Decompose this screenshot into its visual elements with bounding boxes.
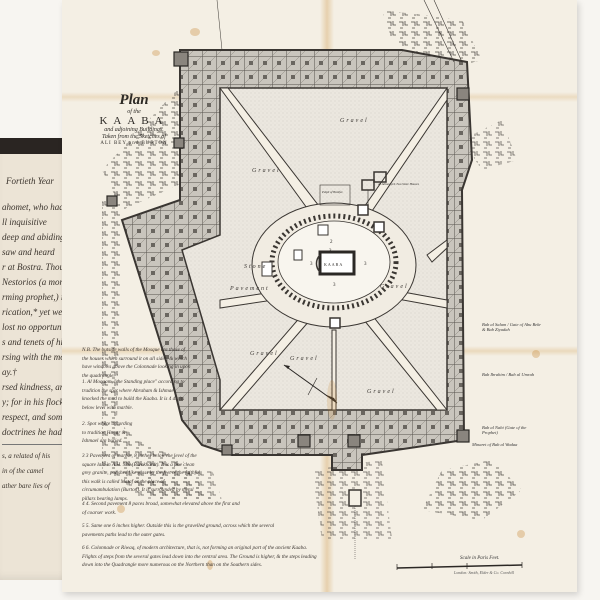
label-gravel: Gravel [250, 351, 279, 357]
note-2: 2. Spot where according to tradition Hag… [82, 420, 137, 446]
label-gravel: Gravel [380, 284, 409, 290]
map-sheet: Gravel Gravel Gravel Gravel Gravel Grave… [62, 0, 577, 592]
note-5: 5 5. Same one 6 inches higher. Outside t… [82, 522, 292, 539]
foxing-stain [517, 530, 525, 538]
callout-right: Minaret of Bab al Wadaa [472, 442, 522, 447]
map-title: Plan [74, 92, 194, 109]
label-gravel: Gravel [252, 168, 281, 174]
label-gravel: Gravel [290, 356, 319, 362]
note-nb: N.B. The outside walls of the Mosque are… [82, 346, 192, 380]
label-gravel: Gravel [367, 389, 396, 395]
note-1: 1. Al Moqaam, "the Standing place" accor… [82, 378, 192, 412]
running-header: Fortieth Year [6, 176, 54, 186]
label-pavement: Pavement [229, 286, 270, 292]
foxing-stain [327, 380, 337, 420]
note-3: 3 3 Pavement of marble, 8 inches below t… [82, 452, 202, 503]
foxing-stain [152, 50, 160, 56]
label-pulpit: Pulpit of Hanifee [321, 190, 343, 194]
label-stone: Stone [244, 264, 267, 270]
callout-right: Bab al Salam / Gate of Abu Bekr & Bab Zi… [482, 322, 542, 332]
map-authors: ALI BEY and BURTON [74, 141, 194, 146]
map-subject: KAABA [74, 115, 194, 127]
note-4: 4 4. Second pavement 8 paces broad, some… [82, 500, 242, 517]
label-kaaba: KAABA [324, 262, 343, 267]
scale-label: Scale in Paris Feet. [460, 556, 499, 561]
foxing-stain [532, 350, 540, 358]
note-6: 6 6. Colonnade or Riwaq, of modern archi… [82, 544, 322, 570]
callout-right: Bab al Nabi (Gate of the Prophet) [482, 425, 542, 435]
callout-right: Bab Ibrahim / Bab al Umrah [482, 372, 542, 377]
printer-credit: London: Smith, Elder & Co. Cornhill [454, 570, 514, 575]
foxing-stain [190, 28, 200, 36]
map-title-block: Plan of the KAABA and adjoining Building… [74, 92, 194, 146]
label-al-abbas: Al Abbaseyeh Two Store Houses [377, 182, 420, 186]
label-gravel: Gravel [340, 118, 369, 124]
map-subtitle: and adjoining Buildings. [74, 127, 194, 134]
map-source: Taken from the Sketches of [74, 134, 194, 141]
